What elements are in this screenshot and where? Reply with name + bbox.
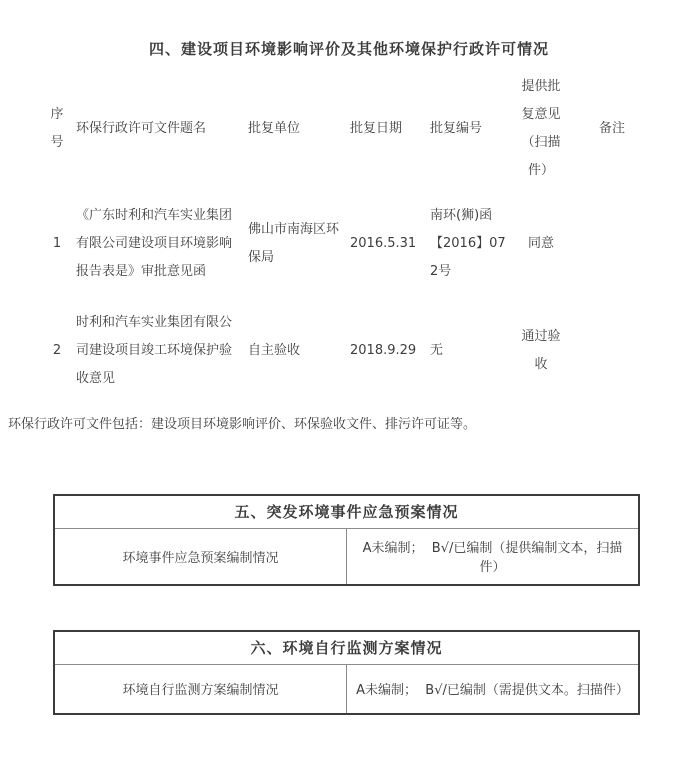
section5-header-row: 五、突发环境事件应急预案情况 [54,495,639,529]
col-header-approve-unit: 批复单位 [244,73,346,185]
permit-table-header-row: 序号 环保行政许可文件题名 批复单位 批复日期 批复编号 提供批复意见（扫描件）… [42,73,656,185]
self-monitoring-value: A未编制； B√/已编制（需提供文本。扫描件） [347,664,640,714]
permit-table: 序号 环保行政许可文件题名 批复单位 批复日期 批复编号 提供批复意见（扫描件）… [42,73,656,399]
row-doc-title: 时利和汽车实业集团有限公司建设项目竣工环境保护验收意见 [72,303,244,399]
emergency-plan-label: 环境事件应急预案编制情况 [54,528,347,585]
emergency-plan-value: A未编制； B√/已编制（提供编制文本，扫描件） [347,528,640,585]
row-approve-unit: 自主验收 [244,303,346,399]
col-header-approve-number: 批复编号 [426,73,514,185]
col-header-index: 序号 [42,73,72,185]
self-monitoring-label: 环境自行监测方案编制情况 [54,664,347,714]
table-row: 1 《广东时利和汽车实业集团有限公司建设项目环境影响报告表是》审批意见函 佛山市… [42,185,656,303]
row-index: 2 [42,303,72,399]
row-remark [568,303,656,399]
row-approve-number: 无 [426,303,514,399]
table-row: 2 时利和汽车实业集团有限公司建设项目竣工环境保护验收意见 自主验收 2018.… [42,303,656,399]
permit-footnote: 环保行政许可文件包括：建设项目环境影响评价、环保验收文件、排污许可证等。 [8,415,698,436]
row-approve-date: 2018.9.29 [346,303,426,399]
row-remark [568,185,656,303]
col-header-doc-title: 环保行政许可文件题名 [72,73,244,185]
table-row: 环境事件应急预案编制情况 A未编制； B√/已编制（提供编制文本，扫描件） [54,528,639,585]
self-monitoring-table: 六、环境自行监测方案情况 环境自行监测方案编制情况 A未编制； B√/已编制（需… [53,630,640,715]
section4-title: 四、建设项目环境影响评价及其他环境保护行政许可情况 [0,38,698,59]
row-opinion: 通过验收 [514,303,568,399]
section5-title: 五、突发环境事件应急预案情况 [54,495,639,529]
row-doc-title: 《广东时利和汽车实业集团有限公司建设项目环境影响报告表是》审批意见函 [72,185,244,303]
emergency-plan-table: 五、突发环境事件应急预案情况 环境事件应急预案编制情况 A未编制； B√/已编制… [53,494,640,586]
section6-title: 六、环境自行监测方案情况 [54,631,639,665]
col-header-opinion: 提供批复意见（扫描件） [514,73,568,185]
col-header-approve-date: 批复日期 [346,73,426,185]
col-header-remark: 备注 [568,73,656,185]
row-approve-number: 南环(狮)函【2016】072号 [426,185,514,303]
row-approve-unit: 佛山市南海区环保局 [244,185,346,303]
row-index: 1 [42,185,72,303]
section6-header-row: 六、环境自行监测方案情况 [54,631,639,665]
row-approve-date: 2016.5.31 [346,185,426,303]
row-opinion: 同意 [514,185,568,303]
table-row: 环境自行监测方案编制情况 A未编制； B√/已编制（需提供文本。扫描件） [54,664,639,714]
